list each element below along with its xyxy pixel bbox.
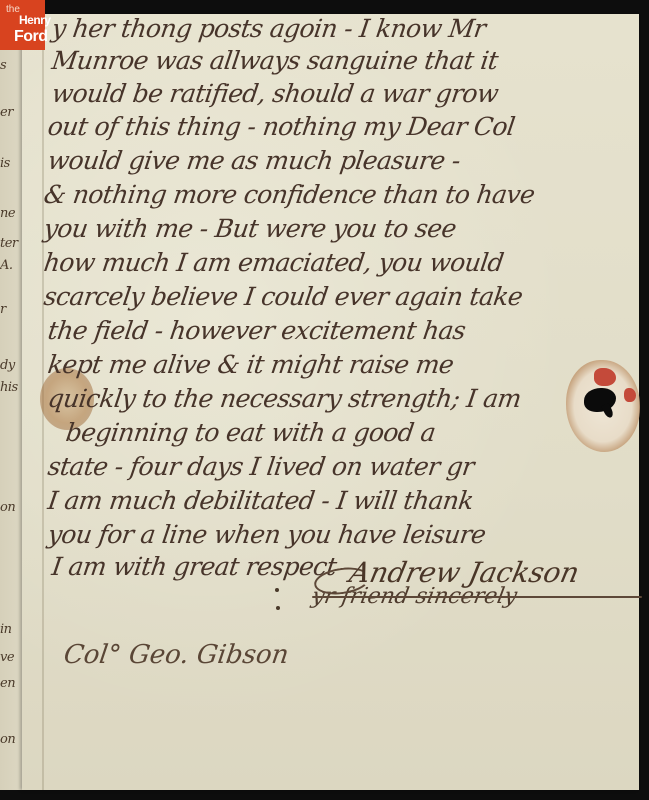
letter-line: the field - however excitement has [46,316,467,345]
previous-page-text: A. [0,258,13,273]
previous-page-text: dy [0,358,15,373]
red-wax-residue [624,388,636,402]
letter-line: beginning to eat with a good a [64,418,437,447]
previous-page-text: ter [0,236,18,251]
previous-page-text: on [0,732,15,747]
letter-line: kept me alive & it might raise me [46,350,455,379]
letter-line: you for a line when you have leisure [46,520,487,549]
signature: Andrew Jackson [346,556,582,589]
ink-dot [275,588,279,592]
letter-line: out of this thing - nothing my Dear Col [46,112,517,141]
the-henry-ford-logo: the Henry Ford [0,0,45,50]
letter-line: y her thong posts agoin - I know Mr [50,14,487,43]
logo-text-ford: Ford [14,29,48,45]
previous-page-text: on [0,500,15,515]
addressee: Col° Geo. Gibson [62,640,291,670]
letter-line: & nothing more confidence than to have [42,180,536,209]
previous-page-text: s [0,58,6,73]
letter-line: scarcely believe I could ever again take [42,282,524,311]
letter-line: I am with great respect [50,552,338,581]
previous-page-text: his [0,380,18,395]
logo-text-henry: Henry [19,14,51,26]
signature-underline [312,596,642,598]
red-wax-residue [594,368,616,386]
letter-line: you with me - But were you to see [42,214,458,243]
letter-line: Munroe was allways sanguine that it [50,46,500,75]
previous-page-text: er [0,105,13,120]
previous-page-text: in [0,622,12,637]
previous-page-text: r [0,302,6,317]
logo-text-the: the [6,5,20,15]
letter-line: would give me as much pleasure - [46,146,462,175]
ink-dot [276,606,280,610]
previous-page-text: en [0,676,15,691]
previous-page-text: is [0,156,10,171]
letter-line: I am much debilitated - I will thank [46,486,475,515]
letter-line: state - four days I lived on water gr [46,452,476,481]
previous-page-text: ne [0,206,15,221]
letter-line: quickly to the necessary strength; I am [46,384,523,413]
scan-background: s er is ne ter A. r dy his on in ve en o… [0,0,649,800]
letter-line: how much I am emaciated, you would [42,248,505,277]
letter-line: would be ratified, should a war grow [50,79,500,108]
previous-page-text: ve [0,650,14,665]
